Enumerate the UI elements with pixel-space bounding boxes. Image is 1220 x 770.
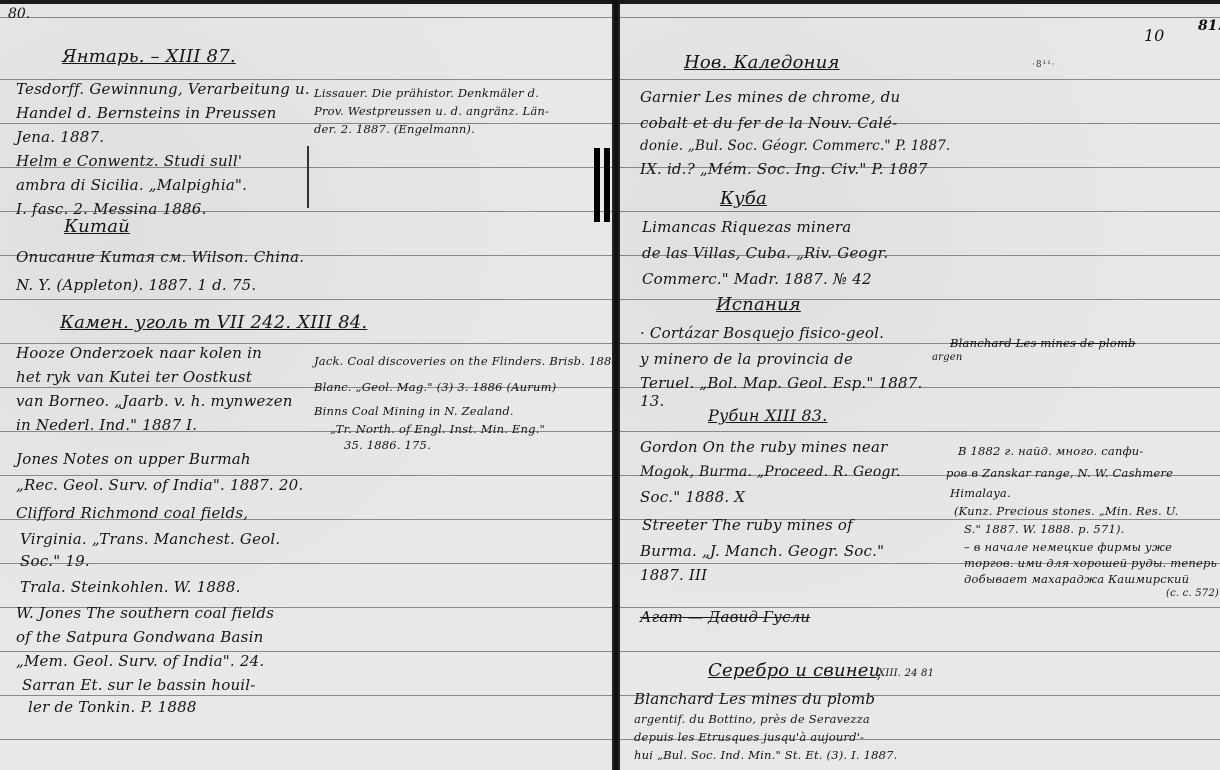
entry-line: добывает махараджа Кашмирский xyxy=(964,572,1189,586)
entry-line: Lissauer. Die prähistor. Denkmäler d. xyxy=(314,86,539,100)
section-heading: Серебро и свинец xyxy=(708,660,881,681)
faded-stamp: ·8¹¹· xyxy=(1032,60,1056,70)
struck-heading: Агат — Давид Гусли xyxy=(640,608,810,626)
entry-line: Jack. Coal discoveries on the Flinders. … xyxy=(314,354,614,368)
entry-line: Jena. 1887. xyxy=(16,128,104,146)
entry-line: Himalaya. xyxy=(950,486,1011,500)
entry-line: Burma. „J. Manch. Geogr. Soc." xyxy=(640,542,884,560)
entry-line: de las Villas, Cuba. „Riv. Geogr. xyxy=(642,244,888,262)
left-page: 80. Янтарь. – XIII 87. Tesdorff. Gewinnu… xyxy=(0,4,614,770)
entry-line: Teruel. „Bol. Map. Geol. Esp." 1887. xyxy=(640,374,922,392)
entry-line: ров в Zanskar range, N. W. Cashmere xyxy=(946,466,1173,480)
section-heading: Китай xyxy=(64,216,130,237)
folio-number: 10 xyxy=(1144,26,1164,45)
entry-line: „Rec. Geol. Surv. of India". 1887. 20. xyxy=(16,476,303,494)
entry-line: Tesdorff. Gewinnung, Verarbeitung u. xyxy=(16,80,310,98)
entry-line: · Cortázar Bosquejo fisico-geol. xyxy=(640,324,884,342)
entry-line: Handel d. Bernsteins in Preussen xyxy=(16,104,276,122)
entry-line: Trala. Steinkohlen. W. 1888. xyxy=(20,578,241,596)
right-page: 10 81. ·8¹¹· Нов. Каледония Garnier Les … xyxy=(618,4,1220,770)
entry-line: 13. xyxy=(640,392,664,410)
entry-line: 35. 1886. 175. xyxy=(344,438,431,452)
entry-line: Binns Coal Mining in N. Zealand. xyxy=(314,404,514,418)
entry-line: argentif. du Bottino, près de Seravezza xyxy=(634,712,870,726)
entry-line: cobalt et du fer de la Nouv. Calé- xyxy=(640,114,897,132)
entry-line: Hooze Onderzoek naar kolen in xyxy=(16,344,262,362)
paper-clip xyxy=(594,148,612,222)
entry-line: Clifford Richmond coal fields, xyxy=(16,504,248,522)
entry-line: Sarran Et. sur le bassin houil- xyxy=(22,676,256,694)
entry-line: W. Jones The southern coal fields xyxy=(16,604,274,622)
entry-line: Garnier Les mines de chrome, du xyxy=(640,88,900,106)
entry-line: (Kunz. Precious stones. „Min. Res. U. xyxy=(954,504,1178,518)
entry-line: der. 2. 1887. (Engelmann). xyxy=(314,122,475,136)
section-heading: Испания xyxy=(716,294,801,315)
entry-line: S." 1887. W. 1888. p. 571). xyxy=(964,522,1125,536)
section-heading: Куба xyxy=(720,188,767,209)
entry-line: of the Satpura Gondwana Basin xyxy=(16,628,263,646)
entry-line: Helm e Conwentz. Studi sull' xyxy=(16,152,242,170)
page-number: 80. xyxy=(8,6,30,22)
entry-line: donie. „Bul. Soc. Géogr. Commerc." P. 18… xyxy=(640,138,951,154)
section-heading: Нов. Каледония xyxy=(684,52,840,73)
entry-line: торгов. ими для хорошей руды. теперь xyxy=(964,556,1217,570)
entry-line: y minero de la provincia de xyxy=(640,350,853,368)
entry-line: Jones Notes on upper Burmah xyxy=(16,450,251,468)
entry-line: Limancas Riquezas minera xyxy=(642,218,851,236)
entry-line: Soc." 1888. X xyxy=(640,488,745,506)
entry-line: Gordon On the ruby mines near xyxy=(640,438,887,456)
entry-line: Commerc." Madr. 1887. № 42 xyxy=(642,270,872,288)
entry-line: (с. с. 572) xyxy=(1166,588,1219,599)
section-heading: Янтарь. – XIII 87. xyxy=(62,46,236,67)
entry-line: Mogok, Burma. „Proceed. R. Geogr. xyxy=(640,464,901,480)
margin-rule xyxy=(307,146,309,208)
struck-entry-line: Blanchard Les mines de plomb xyxy=(950,336,1136,350)
entry-line: depuis les Etrusques jusqu'à aujourd'- xyxy=(634,730,864,744)
entry-line: in Nederl. Ind." 1887 I. xyxy=(16,416,197,434)
page-number: 81. xyxy=(1198,18,1220,34)
heading-note: XIII. 24 81 xyxy=(878,668,934,679)
entry-line: Blanc. „Geol. Mag." (3) 3. 1886 (Aurum) xyxy=(314,380,556,394)
entry-line: 1887. III xyxy=(640,566,707,584)
entry-line: „Tr. North. of Engl. Inst. Min. Eng." xyxy=(330,422,545,436)
struck-entry-line: argen xyxy=(932,352,963,363)
section-heading: Камен. уголь т VII 242. XIII 84. xyxy=(60,312,367,333)
entry-line: ambra di Sicilia. „Malpighia". xyxy=(16,176,247,194)
entry-line: het ryk van Kutei ter Oostkust xyxy=(16,368,252,386)
entry-line: N. Y. (Appleton). 1887. 1 d. 75. xyxy=(16,276,256,294)
entry-line: Описание Китая см. Wilson. China. xyxy=(16,248,304,266)
entry-line: Soc." 19. xyxy=(20,552,90,570)
entry-line: Blanchard Les mines du plomb xyxy=(634,690,875,708)
entry-line: IX. id.? „Mém. Soc. Ing. Civ." P. 1887 xyxy=(640,160,928,178)
entry-line: ler de Tonkin. P. 1888 xyxy=(28,698,197,716)
entry-line: В 1882 г. найд. много. сапфи- xyxy=(958,444,1143,458)
entry-line: Streeter The ruby mines of xyxy=(642,516,853,534)
section-heading: Рубин XIII 83. xyxy=(708,406,827,425)
entry-line: Virginia. „Trans. Manchest. Geol. xyxy=(20,530,280,548)
entry-line: „Mem. Geol. Surv. of India". 24. xyxy=(16,652,264,670)
entry-line: van Borneo. „Jaarb. v. h. mynwezen xyxy=(16,392,293,410)
entry-line: Prov. Westpreussen u. d. angränz. Län- xyxy=(314,104,549,118)
entry-line: – в начале немецкие фирмы уже xyxy=(964,540,1172,554)
entry-line: hui „Bul. Soc. Ind. Min." St. Et. (3). I… xyxy=(634,748,898,762)
